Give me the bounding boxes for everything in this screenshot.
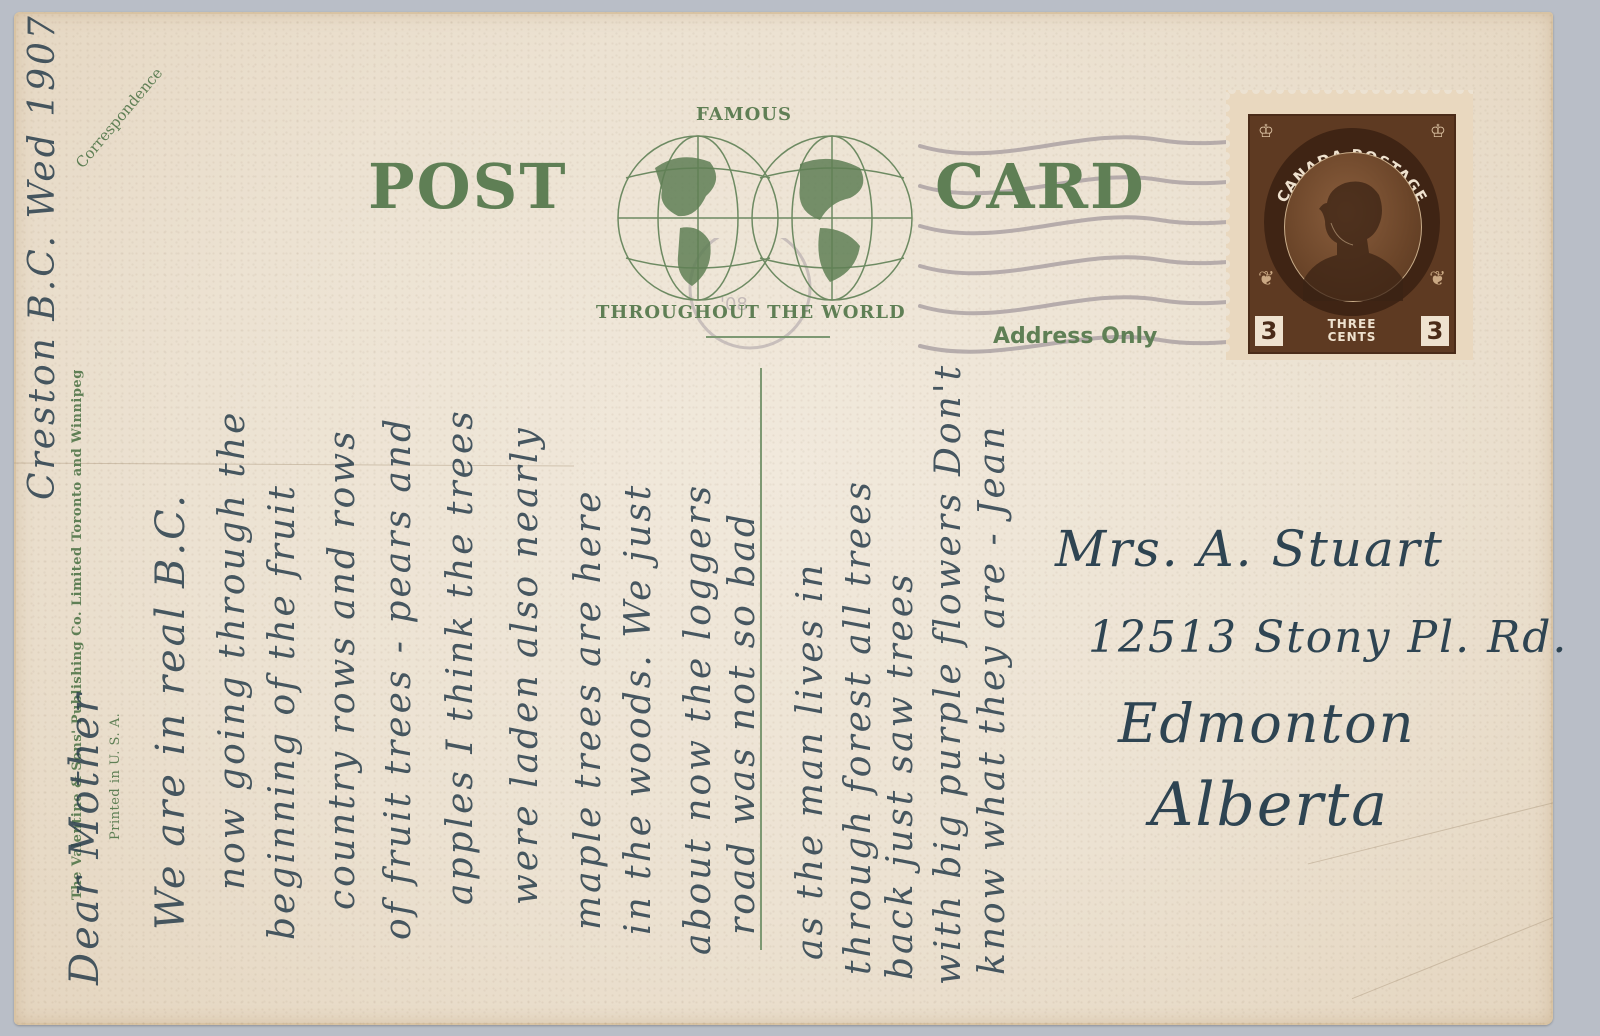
message-line: through forest all trees [838, 479, 879, 975]
message-line: beginning of the fruit [262, 483, 303, 940]
stamp-denomination-words: THREE CENTS [1314, 318, 1390, 344]
message-line: back just saw trees [880, 571, 921, 980]
stamp-value-right: 3 [1421, 316, 1449, 346]
postage-stamp: CANADA POSTAGE ♔ ♔ ❦ ❦ 3 3 THREE CENTS [1226, 90, 1473, 360]
message-line: were laden also nearly [505, 425, 546, 905]
message-line: road was not so bad [722, 511, 763, 935]
address-street: 12513 Stony Pl. Rd. [1088, 612, 1568, 663]
address-province: Alberta [1150, 770, 1389, 840]
message-line: as the man lives in [790, 562, 831, 960]
stamp-frame: CANADA POSTAGE ♔ ♔ ❦ ❦ 3 3 THREE CENTS [1248, 114, 1456, 354]
stamp-value-left: 3 [1255, 316, 1283, 346]
address-recipient: Mrs. A. Stuart [1055, 520, 1444, 578]
printed-address-only: Address Only [993, 324, 1157, 349]
printed-throughout-the-world: THROUGHOUT THE WORLD [596, 302, 906, 323]
printed-title-post: POST [368, 150, 568, 223]
globe-emblem-icon [600, 118, 930, 308]
message-line: now going through the [212, 410, 253, 890]
divider-horizontal [706, 336, 830, 338]
printed-title-card: CARD [935, 150, 1146, 223]
message-line: of fruit trees - pears and [378, 416, 419, 940]
message-dateline: Creston B.C. Wed 1907 [22, 13, 63, 500]
king-portrait-icon [1284, 152, 1422, 302]
message-salutation: Dear Mother [62, 691, 108, 985]
message-line: about now the loggers [678, 483, 719, 955]
message-line: country rows and rows [322, 428, 363, 910]
paper-crease [1352, 916, 1553, 999]
message-line: maple trees are here [568, 488, 609, 930]
paper-crease [14, 463, 574, 467]
stamp-cents: CENTS [1314, 331, 1390, 344]
address-city: Edmonton [1118, 692, 1415, 755]
maple-leaf-icon: ❦ [1258, 266, 1275, 290]
message-line: apples I think the trees [440, 408, 481, 905]
message-line: with big purple flowers Don't [928, 363, 969, 985]
crown-icon: ♔ [1426, 122, 1450, 142]
printed-famous: FAMOUS [696, 104, 792, 125]
message-signoff: know what they are - Jean [972, 424, 1013, 975]
message-line: We are in real B.C. [148, 492, 194, 930]
crown-icon: ♔ [1254, 122, 1278, 142]
maple-leaf-icon: ❦ [1429, 266, 1446, 290]
message-line: in the woods. We just [618, 483, 659, 935]
printed-in-usa: Printed in U. S. A. [108, 713, 123, 840]
